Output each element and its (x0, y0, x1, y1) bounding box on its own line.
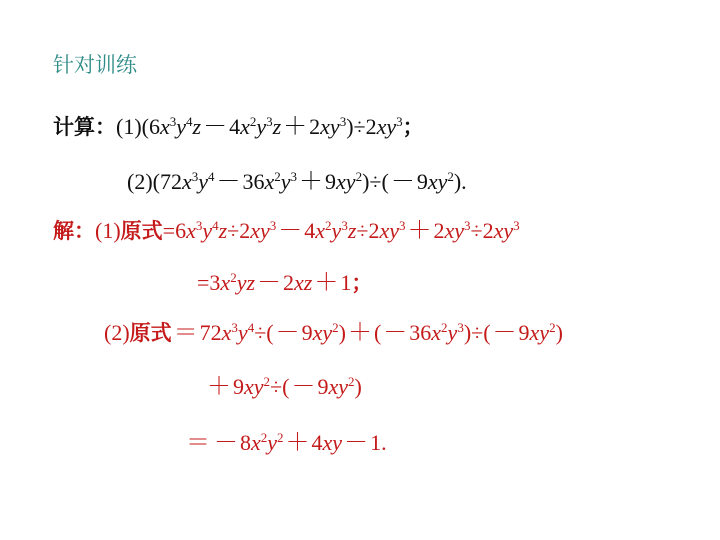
solution-part-2-prefix: (2)原式 (104, 320, 172, 345)
solution-part-2-line-1: (2)原式＝72x3y4÷(－9xy2)＋(－36x2y3)÷(－9xy2) (104, 318, 563, 348)
solution-part-2-line-2: ＋9xy2÷(－9xy2) (205, 372, 362, 402)
problem-part-2-expression: (2)(72x3y4－36x2y3＋9xy2)÷(－9xy2). (127, 169, 467, 194)
solution-part-2-result: ＝－8x2y2＋4xy－1. (184, 430, 387, 455)
solution-part-1-prefix: (1)原式 (95, 218, 163, 243)
solution-part-2-continuation: ＋9xy2÷(－9xy2) (205, 374, 362, 399)
solution-part-1-result: =3x2yz－2xz＋1； (197, 270, 372, 295)
section-title: 针对训练 (53, 50, 137, 80)
solution-part-1-expression: =6x3y4z÷2xy3－4x2y3z÷2xy3＋2xy3÷2xy3 (163, 218, 520, 243)
solution-part-2-expression: ＝72x3y4÷(－9xy2)＋(－36x2y3)÷(－9xy2) (172, 320, 563, 345)
solution-part-1-line-2: =3x2yz－2xz＋1； (197, 268, 372, 298)
solution-label: 解： (53, 219, 95, 243)
problem-part-1: 计算：(1)(6x3y4z－4x2y3z＋2xy3)÷2xy3； (53, 112, 424, 142)
solution-part-1-line-1: 解：(1)原式=6x3y4z÷2xy3－4x2y3z÷2xy3＋2xy3÷2xy… (53, 216, 520, 246)
problem-label: 计算： (53, 115, 116, 139)
problem-part-1-expression: (1)(6x3y4z－4x2y3z＋2xy3)÷2xy3； (116, 114, 424, 139)
solution-part-2-line-3: ＝－8x2y2＋4xy－1. (184, 428, 387, 458)
problem-part-2: (2)(72x3y4－36x2y3＋9xy2)÷(－9xy2). (127, 167, 467, 197)
